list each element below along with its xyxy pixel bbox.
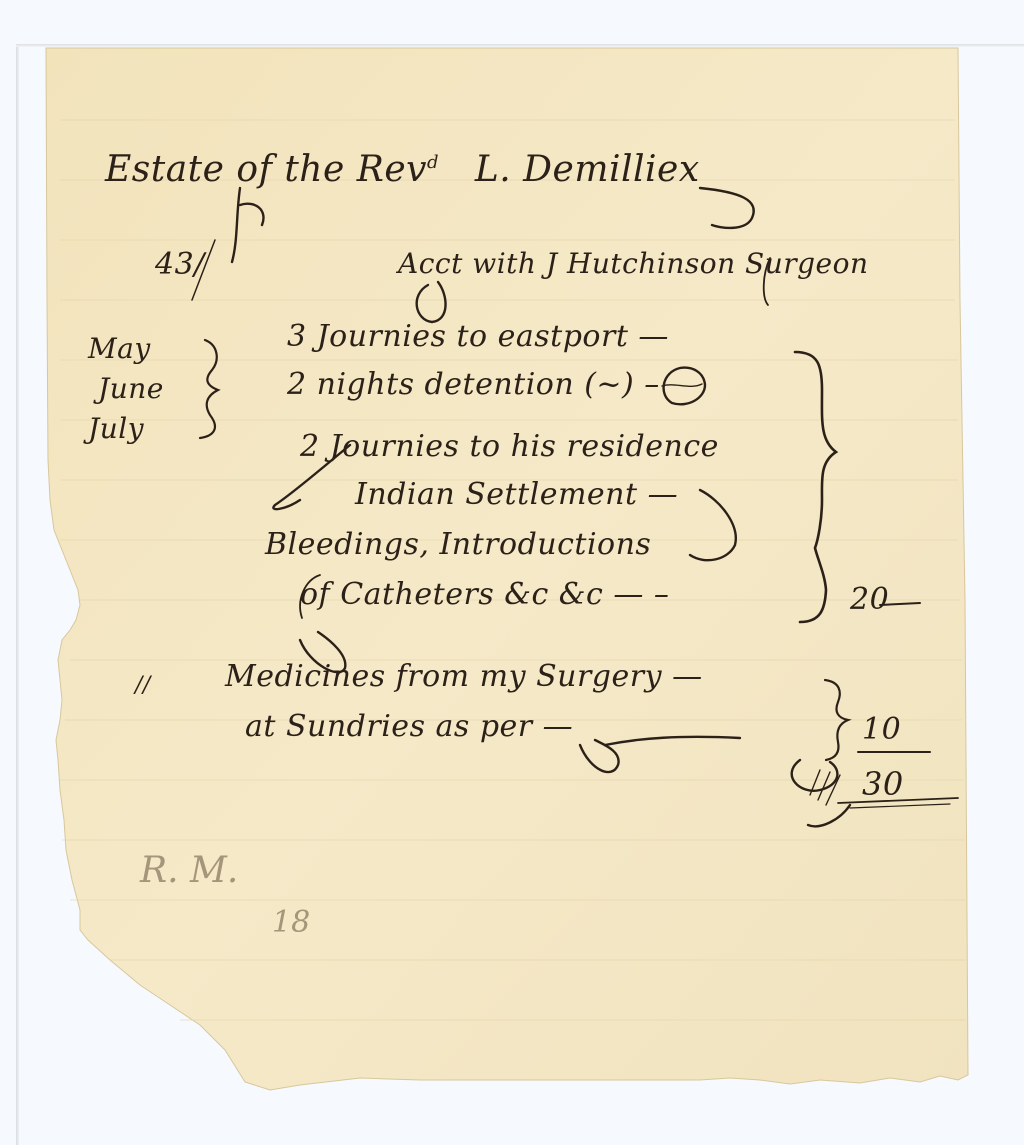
heading-name: L. Demilliex — [475, 149, 700, 190]
amount-group-2: 10 — [862, 715, 901, 745]
ditto-mark: // — [135, 675, 151, 697]
document-heading: Estate of the Revd L. Demilliex — [105, 152, 700, 188]
account-line: Acct with J Hutchinson Surgeon — [398, 250, 869, 278]
item-bleedings: Bleedings, Introductions — [265, 530, 651, 560]
item-journies-residence: 2 Journies to his residence — [300, 432, 719, 462]
folio-number: 43/ — [155, 250, 205, 280]
item-indian-settlement: Indian Settlement — — [355, 480, 678, 510]
amount-group-1: 20 — [850, 585, 889, 615]
pencil-number: 18 — [272, 905, 310, 940]
item-nights-detention: 2 nights detention (~) – — [287, 370, 660, 400]
month-june: June — [98, 375, 164, 403]
item-catheters: of Catheters &c &c — – — [300, 580, 669, 610]
month-july: July — [88, 415, 144, 443]
heading-rev-superscript: d — [427, 152, 439, 173]
pencil-initials: R. M. — [140, 850, 238, 891]
item-journies-eastport: 3 Journies to eastport — — [287, 322, 669, 352]
total-amount: 30 — [862, 768, 904, 800]
heading-prefix: Estate of the Rev — [105, 149, 427, 190]
item-medicines: Medicines from my Surgery — — [225, 662, 703, 692]
item-sundries: at Sundries as per — — [245, 712, 573, 742]
document-paper: Estate of the Revd L. Demilliex 43/ Acct… — [0, 0, 1024, 1145]
month-may: May — [88, 335, 151, 363]
